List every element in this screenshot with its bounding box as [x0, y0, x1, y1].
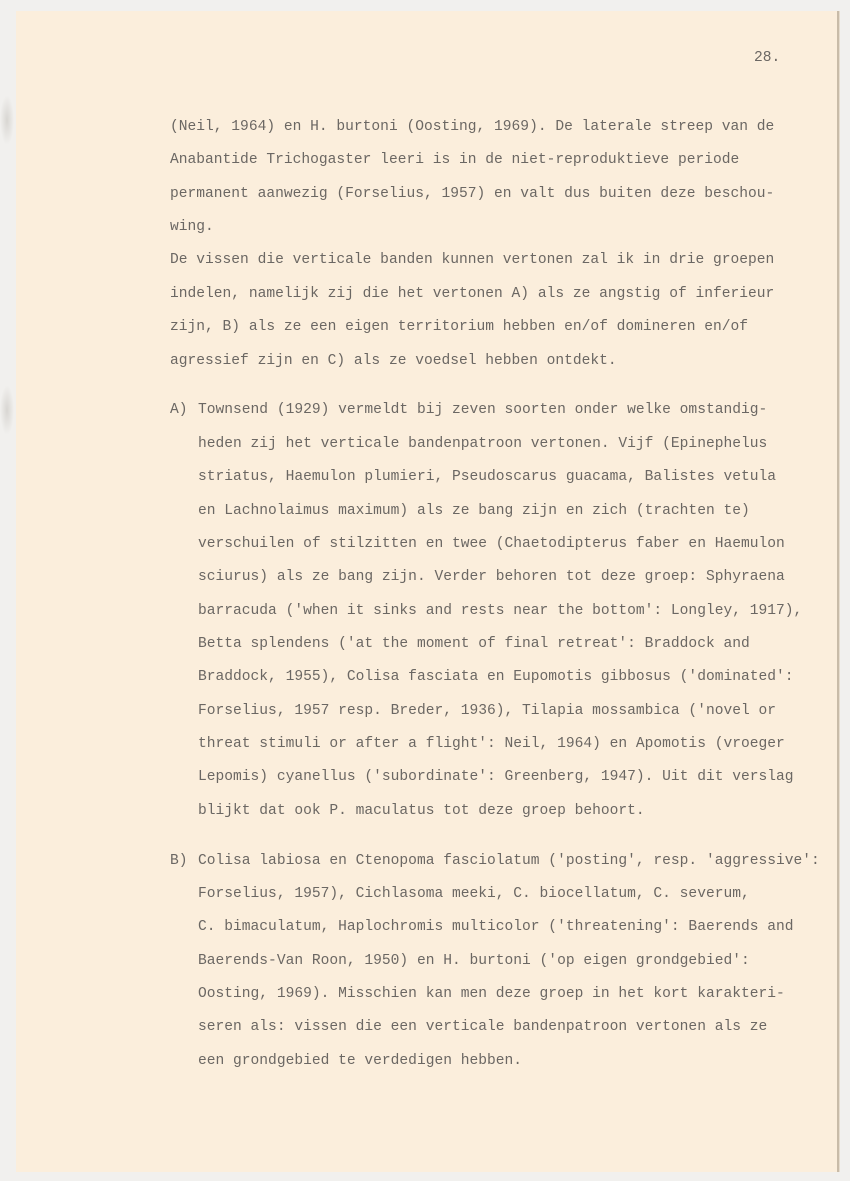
section-a-line: sciurus) als ze bang zijn. Verder behore… [198, 568, 785, 586]
section-a-line: verschuilen of stilzitten en twee (Chaet… [198, 535, 785, 553]
section-a-line: Lepomis) cyanellus ('subordinate': Green… [198, 768, 794, 786]
text-line: agressief zijn en C) als ze voedsel hebb… [170, 352, 617, 370]
section-b-line: seren als: vissen die een verticale band… [198, 1018, 767, 1036]
section-a-line: striatus, Haemulon plumieri, Pseudoscaru… [198, 468, 776, 486]
section-b-label: B) [170, 852, 188, 870]
scan-mark [0, 95, 14, 145]
section-b-line: Forselius, 1957), Cichlasoma meeki, C. b… [198, 885, 750, 903]
text-line: De vissen die verticale banden kunnen ve… [170, 251, 774, 269]
section-a-line: Forselius, 1957 resp. Breder, 1936), Til… [198, 702, 776, 720]
section-b-line: een grondgebied te verdedigen hebben. [198, 1052, 522, 1070]
section-b-line: Colisa labiosa en Ctenopoma fasciolatum … [198, 852, 820, 870]
section-b-line: Baerends-Van Roon, 1950) en H. burtoni (… [198, 952, 750, 970]
text-line: permanent aanwezig (Forselius, 1957) en … [170, 185, 774, 203]
section-a-line: heden zij het verticale bandenpatroon ve… [198, 435, 767, 453]
section-b-line: Oosting, 1969). Misschien kan men deze g… [198, 985, 785, 1003]
section-a-line: blijkt dat ook P. maculatus tot deze gro… [198, 802, 645, 820]
text-line: Anabantide Trichogaster leeri is in de n… [170, 151, 739, 169]
section-a-label: A) [170, 401, 188, 419]
section-a-line: Braddock, 1955), Colisa fasciata en Eupo… [198, 668, 794, 686]
section-a-line: Townsend (1929) vermeldt bij zeven soort… [198, 401, 767, 419]
text-line: indelen, namelijk zij die het vertonen A… [170, 285, 774, 303]
text-line: wing. [170, 218, 214, 236]
scan-mark [0, 385, 14, 435]
section-a-line: threat stimuli or after a flight': Neil,… [198, 735, 785, 753]
page-number: 28. [754, 50, 780, 66]
section-a-line: en Lachnolaimus maximum) als ze bang zij… [198, 502, 750, 520]
section-a-line: Betta splendens ('at the moment of final… [198, 635, 750, 653]
section-a-line: barracuda ('when it sinks and rests near… [198, 602, 802, 620]
text-line: (Neil, 1964) en H. burtoni (Oosting, 196… [170, 118, 774, 136]
section-b-line: C. bimaculatum, Haplochromis multicolor … [198, 918, 794, 936]
text-line: zijn, B) als ze een eigen territorium he… [170, 318, 748, 336]
